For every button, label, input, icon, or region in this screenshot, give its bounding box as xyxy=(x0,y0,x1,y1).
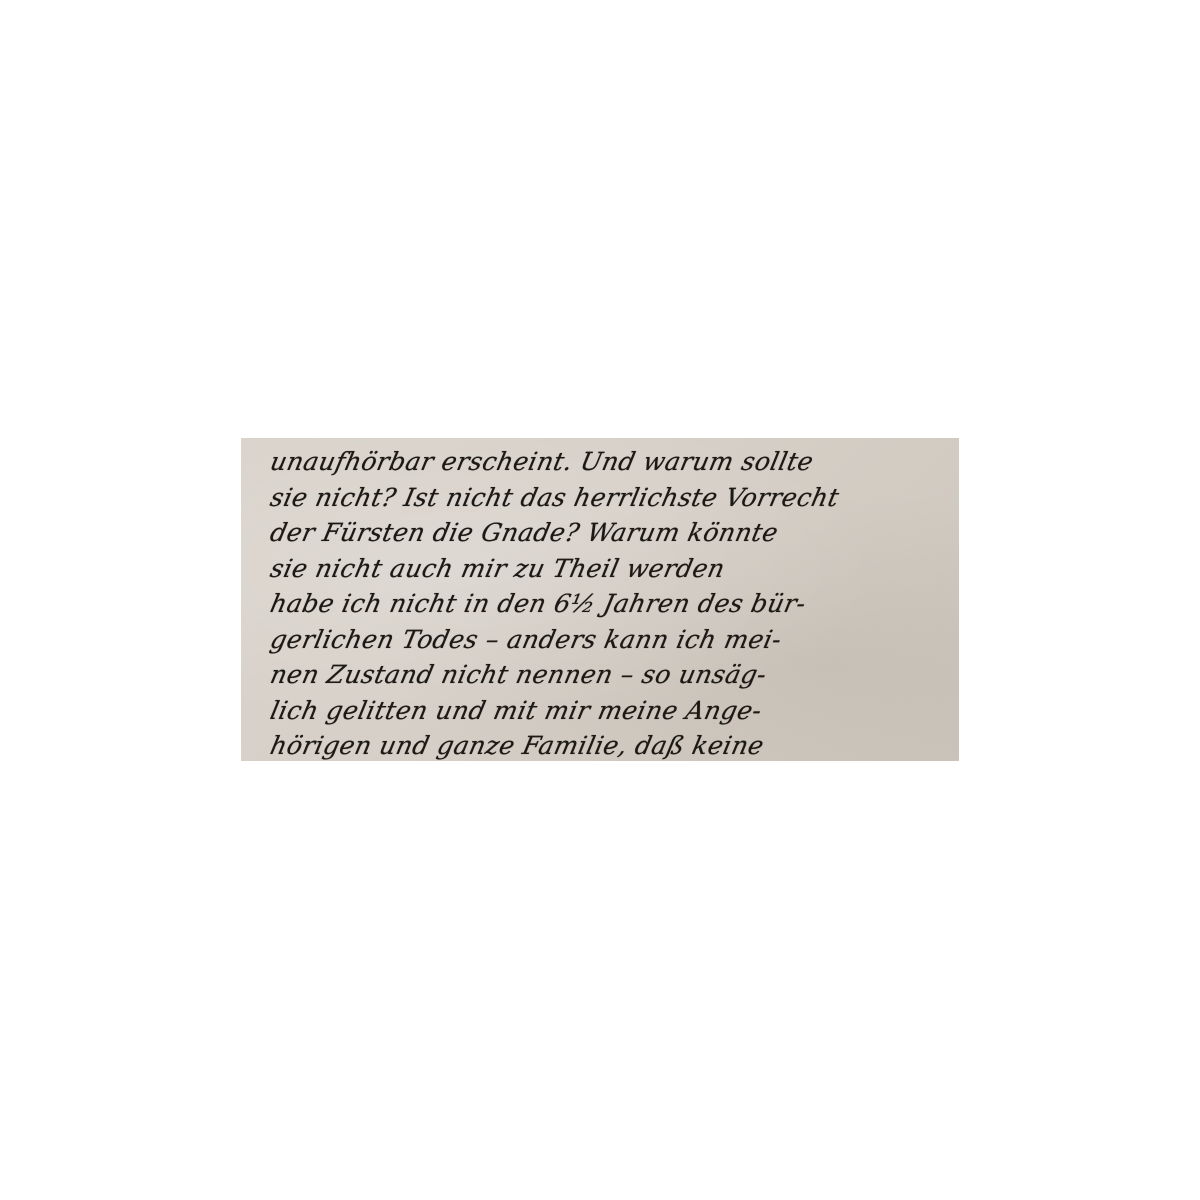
handwritten-text-block: unaufhörbar erscheint. Und warum sollte … xyxy=(267,444,951,761)
text-line-5: habe ich nicht in den 6½ Jahren des bür- xyxy=(267,586,959,622)
text-line-4: sie nicht auch mir zu Theil werden xyxy=(267,551,959,587)
handwritten-page: unaufhörbar erscheint. Und warum sollte … xyxy=(241,438,959,761)
text-line-9: hörigen und ganze Familie, daß keine xyxy=(267,728,959,761)
text-line-6: gerlichen Todes – anders kann ich mei- xyxy=(267,622,959,658)
text-line-2: sie nicht? Ist nicht das herrlichste Vor… xyxy=(267,480,959,516)
text-line-1: unaufhörbar erscheint. Und warum sollte xyxy=(267,444,959,480)
text-line-7: nen Zustand nicht nennen – so unsäg- xyxy=(267,657,959,693)
text-line-3: der Fürsten die Gnade? Warum könnte xyxy=(267,515,959,551)
text-line-8: lich gelitten und mit mir meine Ange- xyxy=(267,693,959,729)
